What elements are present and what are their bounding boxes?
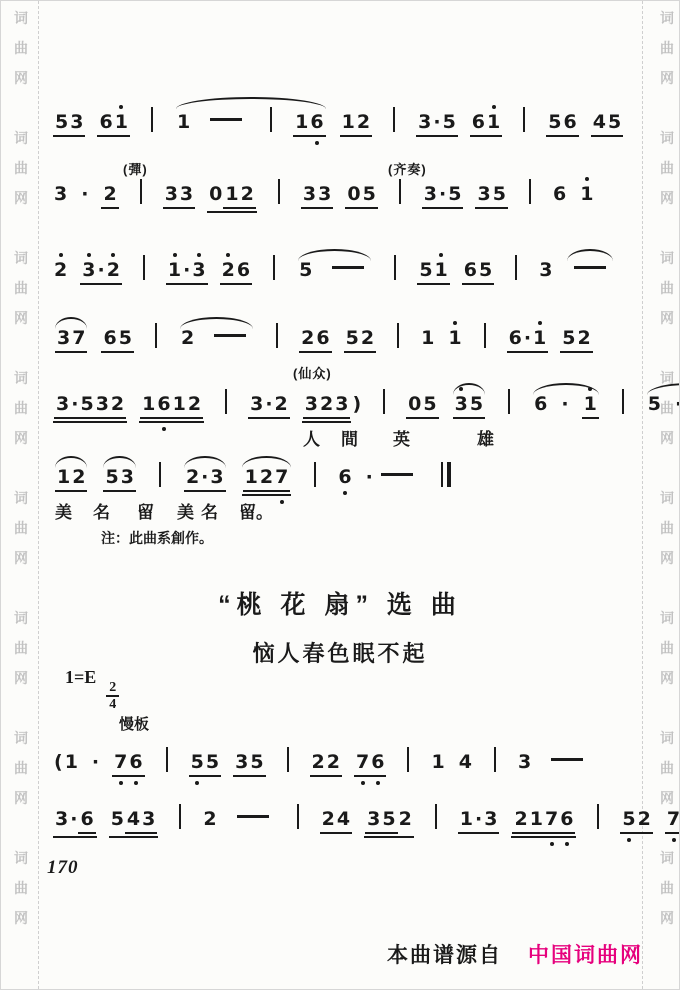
beam-group: 352 <box>364 808 414 838</box>
barline <box>166 747 168 772</box>
note-digit: 6 <box>463 259 478 281</box>
note-digit: · <box>200 466 209 488</box>
note-digit: 5 <box>110 808 125 830</box>
beam-group: 35 <box>233 751 265 777</box>
key-signature: 1=E24 <box>65 667 119 713</box>
beam-group: 3·2 <box>248 393 290 419</box>
beam-group: 76 <box>112 751 144 777</box>
note-digit: 2 <box>180 327 195 349</box>
score-footnote: 注：此曲系創作。 <box>101 528 213 548</box>
note-digit: 1 <box>529 808 544 830</box>
note-digit: 7 <box>113 751 128 773</box>
lyric-syllable: 名 <box>93 498 110 523</box>
slur-group <box>565 249 615 281</box>
note-digit: · <box>432 111 441 133</box>
lyric-syllable: 雄 <box>477 425 494 450</box>
beam-group: 323 <box>302 393 352 423</box>
beam-group: 2176 <box>511 808 576 838</box>
watermark-char: 网 <box>654 543 680 573</box>
note-digit: 5 <box>422 393 437 415</box>
beam-group: 53 <box>103 466 135 492</box>
note-digit: 1 <box>141 393 156 415</box>
note-digit: 2 <box>202 808 217 830</box>
note-digit: 1 <box>420 327 435 349</box>
note-digit: 2 <box>240 183 255 205</box>
watermark-char: 曲 <box>8 153 34 183</box>
duration-dash <box>210 118 242 121</box>
lyric-syllable: 美 <box>55 498 72 523</box>
footer-site-name: 中国词曲网 <box>528 944 643 967</box>
watermark-char: 网 <box>654 303 680 333</box>
beam-group: 61 <box>470 111 502 137</box>
beam-group: 1612 <box>140 393 203 419</box>
barline <box>159 462 161 487</box>
note-digit: 1 <box>341 111 356 133</box>
watermark-char: 词 <box>8 123 34 153</box>
note-digit: · <box>438 183 447 205</box>
watermark-char: 词 <box>654 3 680 33</box>
note-digit: 2 <box>513 808 528 830</box>
note-digit: · <box>560 393 569 415</box>
note-digit: 6 <box>563 111 578 133</box>
note-digit: 5 <box>249 751 264 773</box>
note-digit: 1 <box>64 751 79 773</box>
note-digit: 5 <box>298 259 313 281</box>
notation-row: 3·53216123·2323)05356·15·32 <box>53 383 655 419</box>
note-digit: 3 <box>334 393 349 415</box>
watermark-char: 词 <box>654 123 680 153</box>
beam-group: 52 <box>344 327 376 353</box>
watermark-char: 词 <box>8 483 34 513</box>
watermark-char: 曲 <box>8 393 34 423</box>
beam-group: 43 <box>125 808 157 834</box>
note-digit: 2 <box>53 259 68 281</box>
lyric-syllable: 留。 <box>239 498 273 523</box>
note-digit: 6 <box>315 327 330 349</box>
beam-group: 76 <box>354 751 386 777</box>
beam-group: 3·6 <box>53 808 97 838</box>
note-digit: 3 <box>366 808 381 830</box>
note-digit: 6 <box>98 111 113 133</box>
note-digit: 5 <box>647 393 662 415</box>
note-digit: 5 <box>447 183 462 205</box>
watermark-char: 网 <box>654 63 680 93</box>
beam-group: 76 <box>665 808 680 834</box>
note-digit: 1 <box>434 259 449 281</box>
beam-group: 127 <box>243 466 291 492</box>
beam-group: 16 <box>293 111 325 137</box>
note-digit: 6 <box>471 111 486 133</box>
beam-group: 22 <box>310 751 342 777</box>
barline <box>399 179 401 204</box>
note-digit: 3 <box>454 393 469 415</box>
barline <box>140 179 142 204</box>
note-digit: 3 <box>141 808 156 830</box>
beam-group: 26 <box>299 327 331 353</box>
watermark-char: 网 <box>8 303 34 333</box>
watermark-group: 词曲网 <box>654 3 680 93</box>
barline <box>622 389 624 414</box>
beam-group: 3·532 <box>53 393 127 423</box>
note-digit: 5 <box>478 259 493 281</box>
note-digit: 5 <box>381 808 396 830</box>
note-digit: 5 <box>442 111 457 133</box>
watermark-char: 网 <box>654 423 680 453</box>
duration-dash <box>237 815 269 818</box>
notation-row: (1·7655352276143 <box>53 747 655 783</box>
notation-row: 23·21·326551653 <box>53 249 655 285</box>
note-digit: · <box>523 327 532 349</box>
note-digit: 1 <box>167 259 182 281</box>
note-digit: · <box>264 393 273 415</box>
note-digit: 5 <box>54 111 69 133</box>
duration-dash <box>214 334 246 337</box>
note-digit: 3 <box>55 393 70 415</box>
note-digit: 1 <box>56 466 71 488</box>
notation-row: 5361116123·5615645 <box>53 97 655 133</box>
barline <box>383 389 385 414</box>
annotation-row: (仙众) <box>53 363 655 383</box>
note-digit: 3 <box>476 183 491 205</box>
watermark-char: 曲 <box>654 273 680 303</box>
note-digit: 6 <box>128 751 143 773</box>
note-digit: 3 <box>517 751 532 773</box>
note-digit: 6 <box>552 183 567 205</box>
watermark-char: 词 <box>654 243 680 273</box>
note-digit: 0 <box>346 183 361 205</box>
note-digit: 2 <box>311 751 326 773</box>
barline <box>276 323 278 348</box>
watermark-group: 词曲网 <box>8 243 34 333</box>
note-digit: 5 <box>118 327 133 349</box>
note-digit: 6 <box>236 259 251 281</box>
note-digit: 3 <box>54 808 69 830</box>
barline <box>155 323 157 348</box>
slur-group: 116 <box>174 97 328 137</box>
beam-group: 35 <box>475 183 507 209</box>
watermark-char: 词 <box>8 363 34 393</box>
note-digit: 2 <box>71 466 86 488</box>
note-digit: 2 <box>300 327 315 349</box>
note-digit: 2 <box>259 466 274 488</box>
watermark-group: 词曲网 <box>654 483 680 573</box>
note-digit: · <box>474 808 483 830</box>
watermark-char: 曲 <box>8 513 34 543</box>
piece-subtitle: 恼人春色眠不起 <box>1 637 679 668</box>
beam-group: 24 <box>320 808 352 834</box>
perforation-line-left <box>38 1 39 989</box>
note-digit: 6 <box>337 466 352 488</box>
watermark-char: 曲 <box>654 753 680 783</box>
beam-group: 6·1 <box>507 327 549 353</box>
beam-group: 3·532 <box>54 393 126 419</box>
note-digit: 3 <box>81 259 96 281</box>
duration-dash <box>332 266 364 269</box>
barline <box>484 323 486 348</box>
notation-row: 376522652116·152 <box>53 317 655 353</box>
watermark-group: 词曲网 <box>654 123 680 213</box>
score-line: 23·21·326551653 <box>53 249 655 285</box>
note-digit: 3 <box>120 466 135 488</box>
note-digit: 0 <box>208 183 223 205</box>
note-digit: 6 <box>559 808 574 830</box>
beam-group: 012 <box>207 183 257 213</box>
note-digit: 4 <box>458 751 473 773</box>
barline <box>394 255 396 280</box>
note-digit: 5 <box>469 393 484 415</box>
watermark-char: 词 <box>8 723 34 753</box>
watermark-char: 词 <box>654 843 680 873</box>
score-line: 376522652116·152 <box>53 317 655 353</box>
note-digit: 7 <box>71 327 86 349</box>
note-digit: 1 <box>172 393 187 415</box>
beam-group: 127 <box>242 466 292 496</box>
note-digit: 5 <box>607 111 622 133</box>
lyrics-row: 美名留美名留。 <box>53 498 655 524</box>
note-digit: 4 <box>336 808 351 830</box>
barline <box>297 804 299 829</box>
note-digit: 3 <box>423 183 438 205</box>
watermark-char: 网 <box>8 543 34 573</box>
beam-group: 45 <box>591 111 623 137</box>
barline <box>143 255 145 280</box>
note-digit: 5 <box>79 393 94 415</box>
barline <box>270 107 272 132</box>
watermark-char: 词 <box>8 3 34 33</box>
watermark-char: 网 <box>8 63 34 93</box>
notation-row: 3·65432243521·321765276 <box>53 804 655 840</box>
piece-title: “桃 花 扇” 选 曲 <box>1 585 679 621</box>
note-digit: 2 <box>637 808 652 830</box>
annotation-row: (彈)(齐奏) <box>53 159 655 179</box>
score-line: (彈)(齐奏)3·23301233053·53561 <box>53 159 655 215</box>
note-digit: ( <box>53 751 64 773</box>
note-digit: 2 <box>106 259 121 281</box>
note-digit: 1 <box>294 111 309 133</box>
barline <box>407 747 409 772</box>
time-denominator: 4 <box>106 697 119 712</box>
note-digit: 3 <box>304 393 319 415</box>
note-digit: 5 <box>190 751 205 773</box>
slur-group: 5·32 <box>645 383 680 423</box>
watermark-char: 曲 <box>8 33 34 63</box>
beam-group: 52 <box>620 808 652 834</box>
lyric-syllable: 名 <box>201 498 218 523</box>
watermark-group: 词曲网 <box>8 723 34 813</box>
note-digit: 3 <box>191 259 206 281</box>
beam-group: 1 <box>582 393 599 419</box>
footer-source-label: 本曲谱源自 <box>387 944 502 967</box>
note-digit: 7 <box>274 466 289 488</box>
note-digit: 1 <box>224 183 239 205</box>
beam-group: 3·2 <box>80 259 122 285</box>
watermark-char: 网 <box>8 183 34 213</box>
note-digit: 0 <box>407 393 422 415</box>
watermark-char: 曲 <box>654 513 680 543</box>
beam-group: 65 <box>101 327 133 353</box>
note-digit: 1 <box>244 466 259 488</box>
note-digit: 5 <box>418 259 433 281</box>
beam-group: 35 <box>453 393 485 419</box>
beam-group: 52 <box>560 327 592 353</box>
beam-group: 53 <box>53 111 85 137</box>
lyrics-row: 人間英雄 <box>53 425 655 451</box>
lyric-syllable: 留 <box>137 498 154 523</box>
final-barline <box>441 462 451 487</box>
note-digit: 7 <box>666 808 680 830</box>
barline <box>435 804 437 829</box>
note-digit: 2 <box>187 393 202 415</box>
watermark-group: 词曲网 <box>8 363 34 453</box>
note-digit: 1 <box>447 327 462 349</box>
source-credit: 本曲谱源自中国词曲网 <box>387 939 643 969</box>
barline <box>597 804 599 829</box>
barline <box>225 389 227 414</box>
beam-group: 61 <box>97 111 129 137</box>
watermark-char: 曲 <box>8 753 34 783</box>
duration-dash <box>551 758 583 761</box>
beam-group: 33 <box>301 183 333 209</box>
watermark-group: 词曲网 <box>8 843 34 933</box>
note-digit: 4 <box>592 111 607 133</box>
note-digit: 2 <box>321 808 336 830</box>
time-numerator: 2 <box>106 680 119 697</box>
beam-group: 56 <box>546 111 578 137</box>
note-digit: · <box>80 183 89 205</box>
slur-group: 2 <box>178 317 255 349</box>
watermark-group: 词曲网 <box>654 843 680 933</box>
watermark-group: 词曲网 <box>8 483 34 573</box>
note-digit: 1 <box>114 111 129 133</box>
note-digit: 1 <box>176 111 191 133</box>
watermark-char: 曲 <box>654 33 680 63</box>
watermark-char: 词 <box>8 843 34 873</box>
beam-group: 2 <box>101 183 118 209</box>
note-digit: ) <box>351 393 362 415</box>
instrument-cue: (齐奏) <box>388 159 427 178</box>
note-digit: 2 <box>185 466 200 488</box>
note-digit: 3 <box>209 466 224 488</box>
slur-group: 53 <box>101 456 137 492</box>
barline <box>179 804 181 829</box>
watermark-char: 词 <box>8 243 34 273</box>
note-digit: 3 <box>417 111 432 133</box>
tempo-marking: 慢板 <box>119 713 149 734</box>
note-digit: 7 <box>355 751 370 773</box>
note-digit: · <box>96 259 105 281</box>
beam-group: 543 <box>109 808 159 838</box>
slur-group: 12 <box>53 456 89 492</box>
beam-group: 3·5 <box>422 183 464 209</box>
note-digit: · <box>69 808 78 830</box>
note-digit: 2 <box>274 393 289 415</box>
note-digit: 3 <box>164 183 179 205</box>
beam-group: 1·3 <box>166 259 208 285</box>
barline <box>508 389 510 414</box>
note-digit: 2 <box>577 327 592 349</box>
beam-group: 12 <box>340 111 372 137</box>
note-digit: 2 <box>221 259 236 281</box>
watermark-char: 曲 <box>654 873 680 903</box>
note-digit: 3 <box>249 393 264 415</box>
watermark-char: 网 <box>8 783 34 813</box>
note-digit: 6 <box>102 327 117 349</box>
beam-group: 323 <box>303 393 351 419</box>
beam-group: 55 <box>189 751 221 777</box>
beam-group: 6 <box>78 808 95 834</box>
note-digit: 3 <box>483 808 498 830</box>
note-digit: · <box>70 393 79 415</box>
note-digit: 3 <box>179 183 194 205</box>
barline <box>287 747 289 772</box>
note-digit: 5 <box>205 751 220 773</box>
score-line: (仙众)3·53216123·2323)05356·15·32人間英雄 <box>53 363 655 451</box>
slur-group: 37 <box>53 317 89 353</box>
time-signature: 24 <box>106 680 119 713</box>
note-digit: 5 <box>345 327 360 349</box>
note-digit: 6 <box>79 808 94 830</box>
barline <box>151 107 153 132</box>
beam-group: 1612 <box>139 393 204 423</box>
watermark-char: 词 <box>654 723 680 753</box>
lyric-syllable: 英 <box>393 425 410 450</box>
note-digit: 3 <box>69 111 84 133</box>
slur-group: 6·1 <box>531 383 601 419</box>
barline <box>523 107 525 132</box>
slur-group: 35 <box>451 383 487 419</box>
watermark-char: 曲 <box>654 153 680 183</box>
score-line: 5361116123·5615645 <box>53 97 655 133</box>
note-digit: 5 <box>547 111 562 133</box>
notation-row: 12532·31276· <box>53 456 655 492</box>
barline <box>273 255 275 280</box>
note-digit: 5 <box>492 183 507 205</box>
watermark-group: 词曲网 <box>8 123 34 213</box>
note-digit: 2 <box>360 327 375 349</box>
watermark-char: 曲 <box>8 873 34 903</box>
slur-group: 127 <box>240 456 294 496</box>
note-digit: 3 <box>53 183 68 205</box>
note-digit: 6 <box>508 327 523 349</box>
note-digit: 5 <box>621 808 636 830</box>
watermark-column-right: 词曲网词曲网词曲网词曲网词曲网词曲网词曲网词曲网 <box>654 3 680 989</box>
barline <box>494 747 496 772</box>
note-digit: 4 <box>126 808 141 830</box>
watermark-column-left: 词曲网词曲网词曲网词曲网词曲网词曲网词曲网词曲网 <box>8 3 34 989</box>
note-digit: 3 <box>538 259 553 281</box>
barline <box>314 462 316 487</box>
note-digit: 1 <box>583 393 598 415</box>
watermark-char: 词 <box>654 483 680 513</box>
note-digit: · <box>674 393 680 415</box>
note-digit: 3 <box>302 183 317 205</box>
note-digit: · <box>182 259 191 281</box>
note-digit: 3 <box>317 183 332 205</box>
beam-group: 37 <box>55 327 87 353</box>
note-digit: 6 <box>533 393 548 415</box>
score-line: 3·65432243521·321765276 <box>53 804 655 840</box>
watermark-char: 网 <box>8 903 34 933</box>
score-line: 12532·31276·美名留美名留。 <box>53 456 655 524</box>
beam-group: 26 <box>220 259 252 285</box>
note-digit: 1 <box>532 327 547 349</box>
beam-group: 05 <box>406 393 438 419</box>
barline <box>515 255 517 280</box>
beam-group: 65 <box>462 259 494 285</box>
note-digit: 6 <box>370 751 385 773</box>
note-digit: 5 <box>104 466 119 488</box>
watermark-char: 网 <box>654 903 680 933</box>
